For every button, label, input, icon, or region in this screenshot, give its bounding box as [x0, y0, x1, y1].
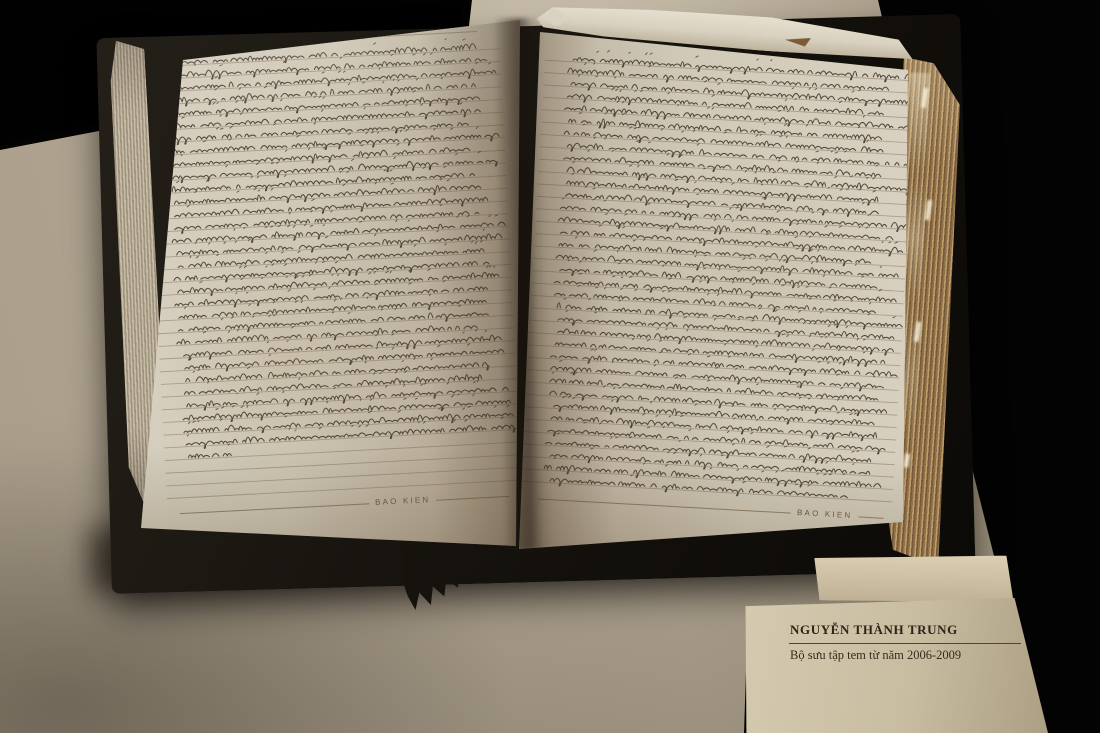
plastic-glint-2 [924, 200, 932, 221]
handwriting-right [504, 19, 925, 562]
handwriting-left [126, 8, 533, 562]
notebook-right-page: DATE BAO KIEN [518, 30, 910, 552]
museum-photo: DATE BAO KIEN DATE BAO KIEN [0, 0, 1100, 733]
plastic-glint-4 [904, 453, 911, 468]
footer-rule-right [858, 516, 883, 518]
left-page-content: DATE BAO KIEN [126, 8, 533, 562]
exhibit-label-card: NGUYỄN THÀNH TRUNG Bộ sưu tập tem từ năm… [744, 598, 1048, 733]
loose-paper-corner [814, 552, 1015, 603]
footer-rule-right [436, 496, 509, 501]
right-page-content: DATE BAO KIEN [504, 19, 925, 562]
notebook-left-page: DATE BAO KIEN [140, 18, 520, 553]
label-card-title: NGUYỄN THÀNH TRUNG [790, 622, 958, 638]
label-card-rule [789, 643, 1021, 644]
torn-paper-notch [785, 36, 812, 47]
footer-brand-label: BAO KIEN [375, 495, 431, 507]
footer-brand-label: BAO KIEN [797, 508, 853, 520]
label-card-subtitle: Bộ sưu tập tem từ năm 2006-2009 [790, 648, 961, 663]
